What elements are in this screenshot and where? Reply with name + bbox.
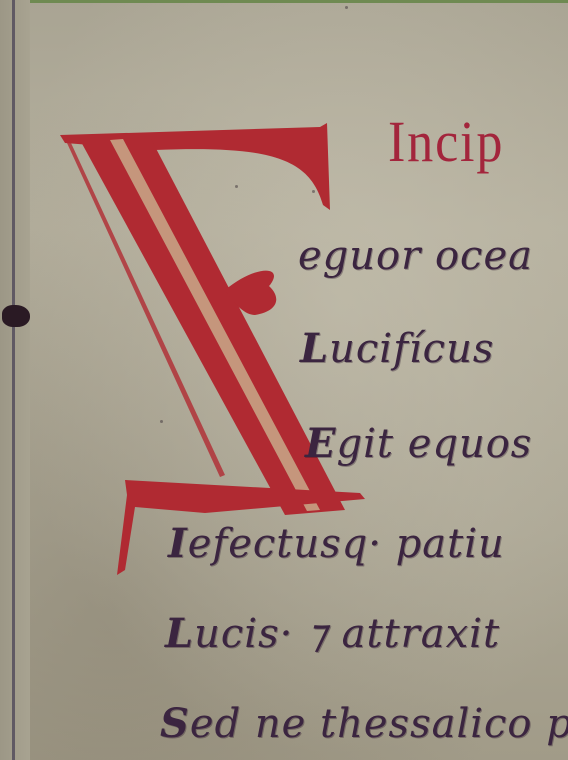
parchment-hole bbox=[2, 305, 30, 327]
page-top-edge bbox=[0, 0, 568, 3]
rubric-heading: Incip bbox=[388, 108, 504, 175]
line-initial: L bbox=[165, 610, 194, 657]
text-line-4: Iefectusq· patiu bbox=[168, 520, 505, 567]
line-text: ed ne thessalico p bbox=[190, 701, 568, 747]
line-text: ucifícus bbox=[329, 326, 494, 372]
text-line-1: eguor ocea bbox=[298, 232, 533, 279]
line-initial: S bbox=[160, 700, 190, 747]
ink-speck bbox=[345, 6, 348, 9]
text-line-3: Egit equos bbox=[305, 420, 532, 467]
manuscript-page: Incip eguor ocea Lucifícus Egit equos Ie… bbox=[0, 0, 568, 760]
binding-gutter-line bbox=[12, 0, 15, 760]
line-initial: E bbox=[305, 420, 337, 467]
text-line-2: Lucifícus bbox=[300, 325, 494, 372]
line-text: efectusq· patiu bbox=[188, 521, 505, 567]
text-line-5: Lucis· ⁊ attraxit bbox=[165, 610, 500, 657]
line-text: eguor ocea bbox=[298, 233, 533, 279]
text-line-6: Sed ne thessalico p bbox=[160, 700, 568, 747]
line-initial: I bbox=[168, 520, 188, 567]
line-text: git equos bbox=[337, 421, 533, 467]
line-initial: L bbox=[300, 325, 329, 372]
line-text: ucis· ⁊ attraxit bbox=[194, 611, 500, 657]
left-margin bbox=[0, 0, 30, 760]
